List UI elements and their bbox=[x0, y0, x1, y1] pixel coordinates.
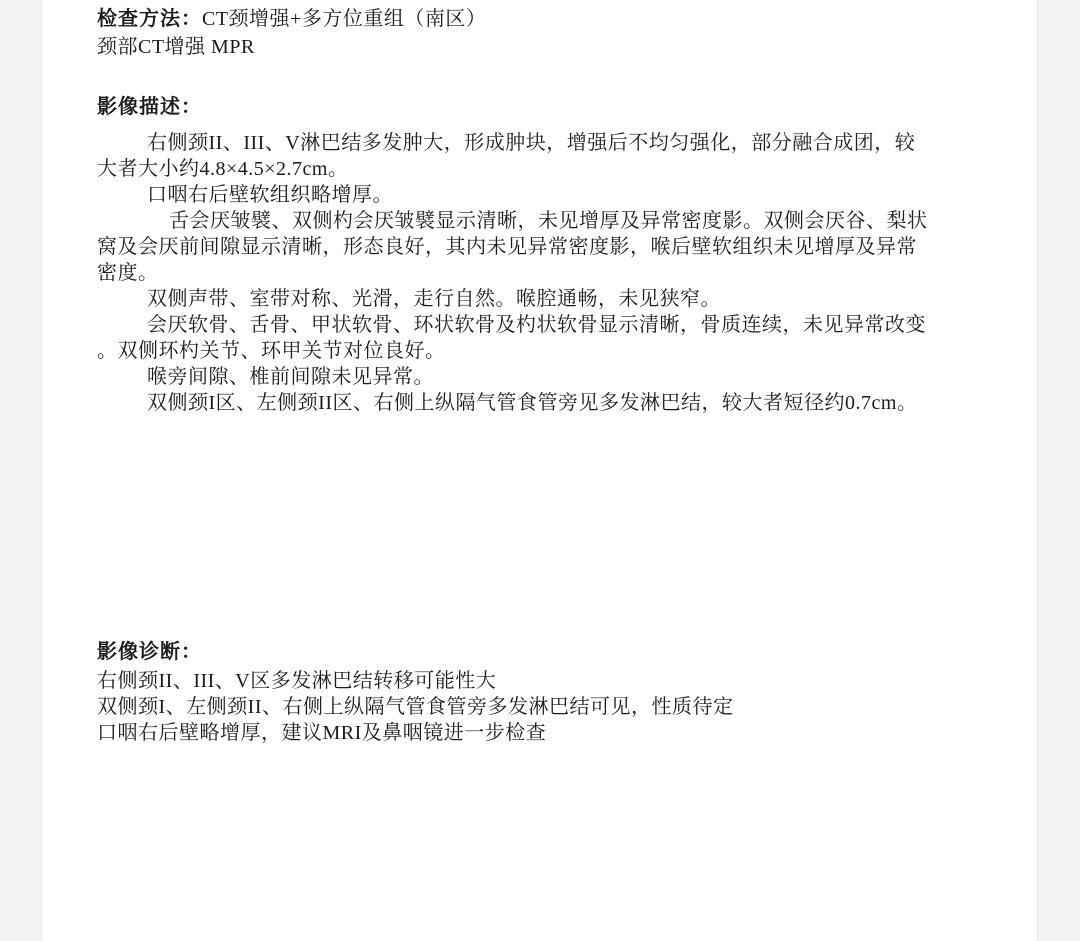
exam-method-value: CT颈增强+多方位重组（南区） bbox=[202, 8, 486, 30]
description-line: 喉旁间隙、椎前间隙未见异常。 bbox=[97, 364, 975, 390]
report-page: 检查方法：CT颈增强+多方位重组（南区） 颈部CT增强 MPR 影像描述： 右侧… bbox=[41, 0, 1038, 941]
description-line: 右侧颈II、III、V淋巴结多发肿大，形成肿块，增强后不均匀强化，部分融合成团，… bbox=[97, 130, 975, 156]
description-line: 会厌软骨、舌骨、甲状软骨、环状软骨及杓状软骨显示清晰，骨质连续，未见异常改变 bbox=[97, 312, 975, 338]
diagnosis-line: 右侧颈II、III、V区多发淋巴结转移可能性大 bbox=[97, 668, 975, 694]
description-line: 窝及会厌前间隙显示清晰，形态良好，其内未见异常密度影，喉后壁软组织未见增厚及异常 bbox=[97, 234, 975, 260]
description-heading: 影像描述： bbox=[97, 93, 975, 121]
diagnosis-line: 口咽右后壁略增厚，建议MRI及鼻咽镜进一步检查 bbox=[97, 720, 975, 746]
diagnosis-body: 右侧颈II、III、V区多发淋巴结转移可能性大 双侧颈I、左侧颈II、右侧上纵隔… bbox=[97, 668, 975, 746]
description-body: 右侧颈II、III、V淋巴结多发肿大，形成肿块，增强后不均匀强化，部分融合成团，… bbox=[97, 130, 975, 416]
exam-method-label: 检查方法： bbox=[97, 8, 202, 30]
diagnosis-heading: 影像诊断： bbox=[97, 638, 975, 666]
exam-method-line: 检查方法：CT颈增强+多方位重组（南区） bbox=[97, 5, 975, 33]
description-line: 双侧颈I区、左侧颈II区、右侧上纵隔气管食管旁见多发淋巴结，较大者短径约0.7c… bbox=[97, 390, 975, 416]
diagnosis-line: 双侧颈I、左侧颈II、右侧上纵隔气管食管旁多发淋巴结可见，性质待定 bbox=[97, 694, 975, 720]
description-line: 口咽右后壁软组织略增厚。 bbox=[97, 182, 975, 208]
viewer-background: 检查方法：CT颈增强+多方位重组（南区） 颈部CT增强 MPR 影像描述： 右侧… bbox=[0, 0, 1080, 941]
description-line: 舌会厌皱襞、双侧杓会厌皱襞显示清晰，未见增厚及异常密度影。双侧会厌谷、梨状 bbox=[97, 208, 975, 234]
description-line: 密度。 bbox=[97, 260, 975, 286]
description-line: 。双侧环杓关节、环甲关节对位良好。 bbox=[97, 338, 975, 364]
description-line: 大者大小约4.8×4.5×2.7cm。 bbox=[97, 156, 975, 182]
exam-technique-line: 颈部CT增强 MPR bbox=[97, 33, 975, 61]
description-line: 双侧声带、室带对称、光滑，走行自然。喉腔通畅，未见狭窄。 bbox=[97, 286, 975, 312]
